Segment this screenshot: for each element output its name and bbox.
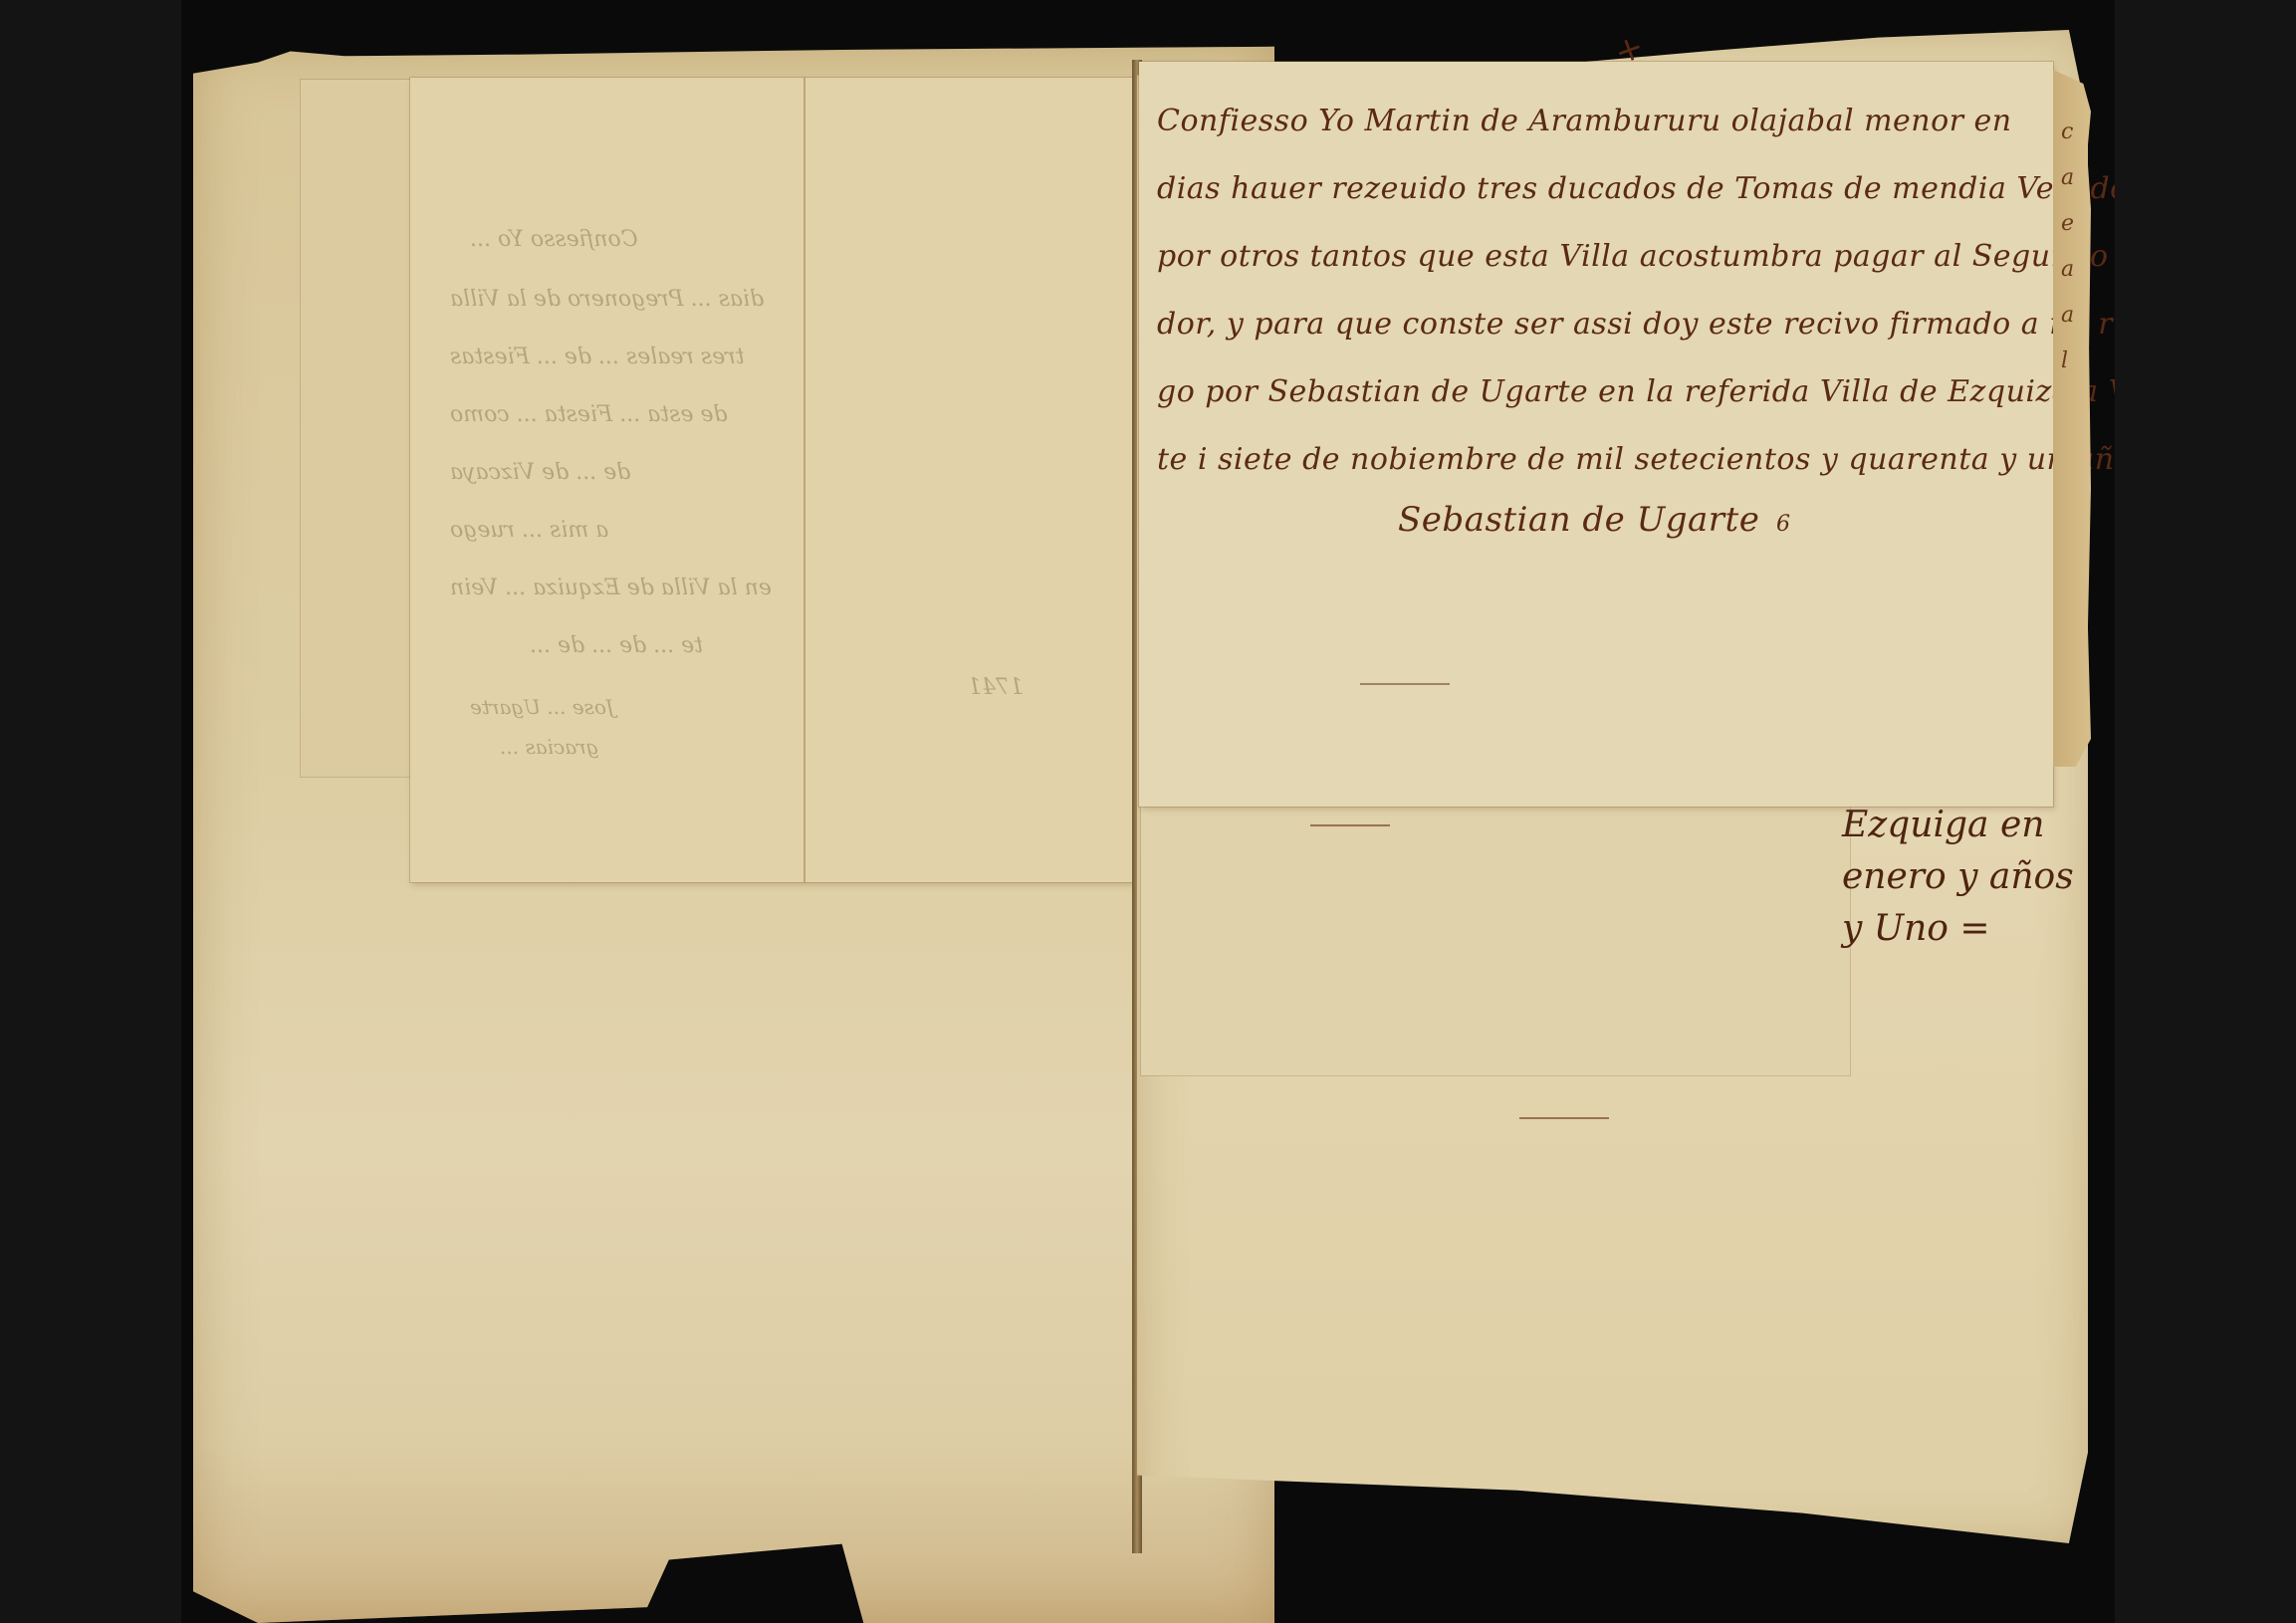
bleed-through-line: Confiesso Yo ... (470, 227, 638, 252)
bleed-through-line: tres reales ... de ... Fiestas (450, 345, 745, 369)
receipt-line: dor, y para que conste ser assi doy este… (1157, 307, 2115, 342)
signature: Sebastian de Ugarte (1398, 500, 1759, 540)
edge-text-fragment: c a e a a l (2061, 110, 2085, 384)
ink-rule (1360, 683, 1450, 685)
bleed-through-line: de ... de Vizcaya (450, 460, 630, 485)
margin-text-line: y Uno = (1842, 908, 1990, 949)
signature-flourish: 6 (1776, 512, 1791, 537)
right-under-slip (1141, 803, 1850, 1075)
bleed-through-line: te ... de ... de ... (530, 633, 703, 658)
receipt-line: go por Sebastian de Ugarte en la referid… (1157, 374, 2115, 409)
receipt-line: te i siete de nobiembre de mil setecient… (1157, 442, 2115, 477)
bleed-through-line: dias ... Pregonero de la Villa (450, 287, 764, 312)
bleed-through-note: gracias ... (500, 735, 599, 759)
water-stain (193, 1444, 1274, 1623)
left-pasted-slip: Confiesso Yo ... dias ... Pregonero de l… (410, 78, 1133, 882)
bleed-through-line: 1741 (968, 675, 1024, 700)
bleed-through-line: de esta ... Fiesta ... como (450, 402, 728, 427)
bleed-through-line: a mis ... ruego (450, 518, 608, 543)
margin-text-line: enero y años (1842, 856, 2074, 897)
manuscript-scan: Confiesso Yo ... dias ... Pregonero de l… (181, 0, 2115, 1623)
ink-rule (1310, 824, 1390, 826)
receipt-line: dias hauer rezeuido tres ducados de Toma… (1157, 171, 2115, 206)
margin-text-line: Ezquiga en (1842, 805, 2044, 845)
bleed-through-note: Jose ... Ugarte (470, 695, 614, 719)
left-under-slip (301, 80, 420, 777)
receipt-line: por otros tantos que esta Villa acostumb… (1157, 239, 2115, 274)
ink-rule (1519, 1117, 1609, 1119)
bleed-through-line: en la Villa de Ezquiza ... Vein (450, 576, 772, 600)
fold-line (804, 78, 805, 882)
receipt-line: Confiesso Yo Martin de Arambururu olajab… (1157, 104, 2012, 138)
receipt-slip: Confiesso Yo Martin de Arambururu olajab… (1139, 62, 2053, 807)
